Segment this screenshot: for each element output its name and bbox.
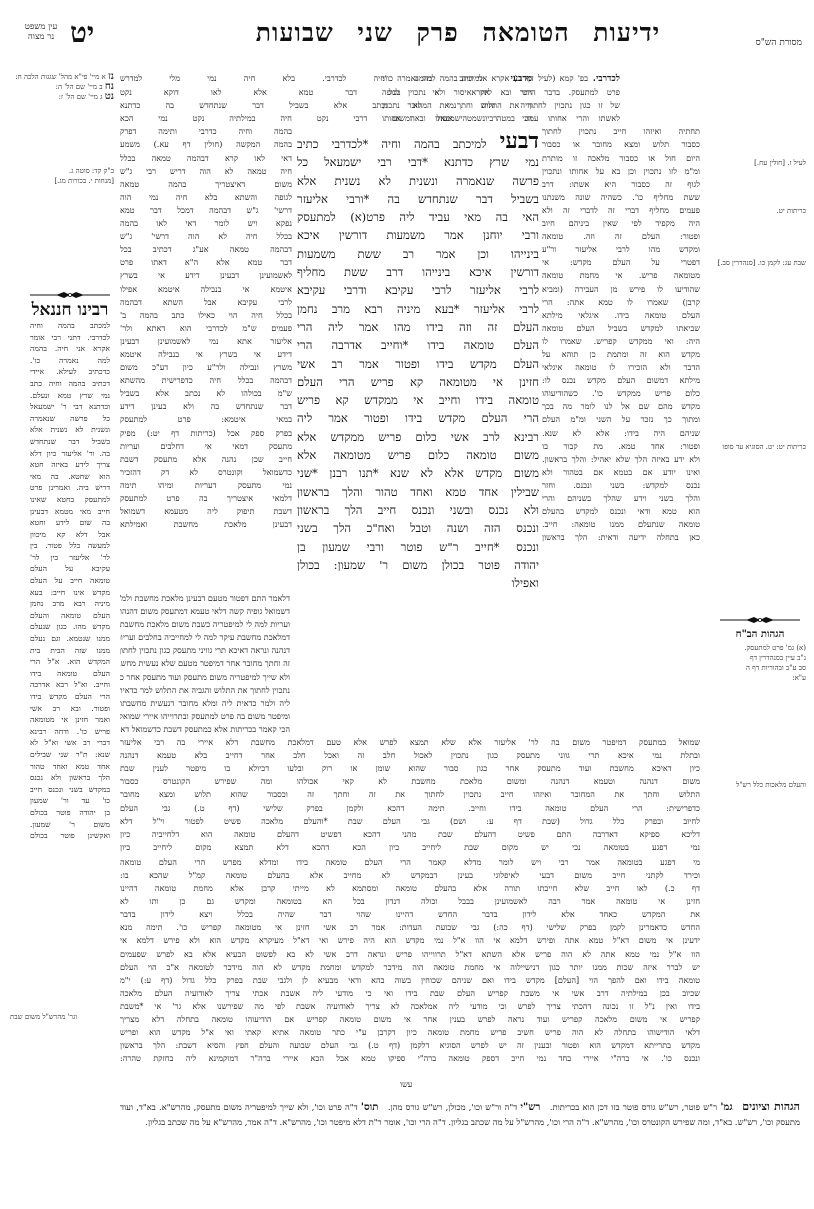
gemara-catchword: ואפילו [297, 574, 539, 592]
rabbenu-chananel-line: ואמר חזינן אי מטומאה [30, 714, 110, 726]
tosafot-line: משום דאיצטריך בהמה טמאה [120, 178, 292, 191]
rabbenu-chananel-line: וחייב. וא"ל רבא אדרבה [30, 679, 110, 691]
rabbenu-chananel-line: למעשה כלל פטור. בין [30, 540, 110, 552]
gemara-line: משום טומאה כלום פריש מטומאה אלא [297, 446, 539, 464]
tosafot-line: משרץ ונבילה ולר"ע כיון דע"כ משום [120, 361, 292, 374]
gemara-opener-word: דבעי [500, 132, 539, 153]
rabbenu-chananel-line: המקדש הוא. א"ל הרי [30, 656, 110, 668]
rabbenu-chananel-line: ואקשינן פוטר בכולם [30, 830, 110, 842]
rashi-line: שביאתו למקדש בשביל העלם טומאה [542, 322, 700, 335]
tosafot-continuation-line: בידו ואין נ"ל זו נכונה דהכתי צריך לפרש ו… [120, 1000, 700, 1013]
tosafot-line: דשבת תיפוק ליה מטעמא דשמואל [120, 505, 292, 518]
rabbenu-chananel-line: מקדש מהו. כגון שנעלם [30, 621, 110, 633]
rabbenu-chananel-line: לר' אליעזר בין לר' [30, 552, 110, 564]
masoret-ref: כריתות יט: יט. הסוגיא עד סופו [714, 442, 806, 452]
hagahot-habach: הגהות הב"ח (א) גמ' פרט למתעסק.נ"ב עיין ב… [714, 615, 806, 683]
rashi-line: מקדש מהם שם אל לנו לומר מה בכך [542, 400, 700, 413]
rashi-line: היה מקפיד לפי שאין ביניהם חיוב [542, 217, 700, 230]
ein-mishpat-entry: נח ב מיי' שם הל' ה: [6, 82, 114, 92]
rabbenu-chananel-line: עקיבא על העלם [30, 563, 110, 575]
masoret-ref: שבת עג: לקמן כו. [סנהדרין סב.] [714, 258, 806, 268]
tosafot-line: דרשי' ג"ש דבהמה דמכל דבר טמא [120, 204, 292, 217]
footer-section-head: גמ' [720, 1102, 732, 1113]
rashi-line: מקדש הוא זה ומתמת כן תוהא על [542, 348, 700, 361]
rashi-line: ופטור: העלם זה וזה. טומאה [542, 230, 700, 243]
rabbenu-chananel: רבינו חננאל למכתב בהמה וחיהלכדרבי. דתני … [30, 290, 110, 842]
rabbenu-chananel-line: אבל דלא קא מיכוון [30, 529, 110, 541]
tosafot-line: בכלל חיה הוי כאילו כתב בהמה ב' [120, 309, 292, 322]
rabbenu-chananel-line: מיניה רבא מרב נחמן [30, 598, 110, 610]
gemara-line: ונכנס הזה ושנה וטבל ואח"כ הלך בשני [297, 519, 539, 537]
gemara-line: העלם טומאה בידו *וחייב אדרבה הרי [297, 336, 539, 354]
masoret-ref-text: שבת עג: לקמן כו. [סנהדרין סב.] [718, 259, 807, 267]
rabbenu-chananel-line: הוא שחטא. בה מאי [30, 471, 110, 483]
lower-tosafot-line: כדפרישית: הרי העלם טומאה בידו וחייב. תימ… [120, 802, 700, 815]
rashi-line: טומאה שנתעלם ממנו טומאה: חייב. [542, 518, 700, 531]
rabbenu-chananel-line: הרי העלם מקדש בידו [30, 691, 110, 703]
rabbenu-chananel-line: דברי רב אשי וא"ל לא [30, 737, 110, 749]
lower-tosafot-line: שמואל במתעסק דמיפטר משום בה לר' אליעזר א… [120, 736, 700, 749]
masoret-ref-text: כריתות יט. [776, 207, 806, 215]
rabbenu-chananel-line: בן יהודה פוטר בכולם [30, 807, 110, 819]
tosafot-line: דידע אי בשרץ אי בנבילה איטמא [120, 348, 292, 361]
rabbenu-chananel-title: רבינו חננאל [30, 300, 110, 320]
rashi-line: הוא טמא ודאי ונכנס למקדש בהעלם [542, 505, 700, 518]
rabbenu-chananel-line: בשביל דבר שנתחדש [30, 436, 110, 448]
rabbenu-chananel-line: נמי שרץ טמא ונעלם. [30, 390, 110, 402]
lower-tosafot-line: משום דנהנה וטעמא דנהנה ומשום מלאכת מחשבת… [120, 775, 700, 788]
lower-tosafot-line: ולא שייך למיפטריה משום מתעסק ועוד מתעסק … [120, 671, 290, 684]
masoret-ref: כריתות יט. [714, 206, 806, 216]
tosafot-line: לגופה והשתא בלא חיה נמי הוה [120, 191, 292, 204]
hagahot-habach-title: הגהות הב"ח [714, 629, 806, 640]
rashi-line: דפטרי על העלם מקדש: אי [542, 256, 700, 269]
ein-mishpat-letter: נט [105, 91, 114, 102]
gemara-line: רבינא לרב אשי כלום פריש ממקדש אלא [297, 428, 539, 446]
ner-mitzvah-label-line: נר מצוה [18, 32, 64, 42]
ein-mishpat-entries: נז א מיי' פי"א מהל' שגגות הלכה ח: נח ב מ… [6, 72, 114, 102]
rabbenu-chananel-line: במקדש בשני ונכנס חייב [30, 784, 110, 796]
footer-section-text: ר"ש פוטר, רש"ש גורס פוטר בזו דכן הוא בכר… [550, 1102, 717, 1112]
rashi-commentary: לכדרבי. בפ' קמא (לעיל דף ז.) אקרא אני חי… [542, 72, 700, 544]
ein-mishpat-text: ג מיי' שם הל' ז: [59, 93, 103, 101]
tosafot-continuation-line: טומאה בידו ואם להפך הוי [העלם] מקדש בידו… [120, 974, 700, 987]
lower-tosafot-line: נמי דפגע בטומאה נכי יש מקום שבת ליחייב כ… [120, 841, 700, 854]
rabbenu-chananel-line: בה. ור' אליעזר כיון דלא [30, 448, 110, 460]
hagahot-habach-line: (א) גמ' פרט למתעסק. [714, 643, 806, 653]
gemara-line: דבעי למיכתב בהמה וחיה *לכדרבי כתיב [297, 132, 539, 153]
tosafot-continuation-line: את המקדש כאחד אלא לידון בדבר החדש דהיינו… [120, 908, 700, 921]
tosafot-line: דבר שנתחדש בה ולא בעינן דידע [120, 400, 292, 413]
lower-tosafot-line: ומיפטר משום בה פרט למתעסק ובתרוייהו אייר… [120, 710, 290, 723]
tosafot-line: מתעסק דמאי אי דחלבים ועריות [120, 440, 292, 453]
rashi-line: כאן בתחלה ידיעה ודאית: הלך בראשון [542, 531, 700, 544]
gemara-line: חזינן אי מטומאה קא פריש הרי העלם [297, 373, 539, 391]
tosafot-continuation-line: הוו א"ל נמי טמא אתה לא הוה פריש אלא השתא… [120, 948, 700, 961]
ein-mishpat-label: עין משפט נר מצוה [18, 22, 64, 42]
rashi-line: ששת מחליף כו'. כשהיה שונה משנתנו [542, 191, 700, 204]
lower-tosafot-line: דשמואל גופיה קשה דלאי טעמא דמתעסק משום ד… [120, 605, 290, 618]
rashi-line: פעמים מחליף דברי זה לדברי זה ולא [542, 204, 700, 217]
lower-tosafot-line: כיון דאיכא מחשבת ועוד מתעסק אחר כגון סבו… [120, 762, 700, 775]
rashi-line: ופטור: אחד טמא. מת קבור בו [542, 440, 700, 453]
gemara-line: דורשין איכא בינייהו דרב ששת מחליף [297, 263, 539, 281]
gemara-line: ולא נכנס ובשני ונכנס חייב הלך בראשון [297, 501, 539, 519]
footer-section-head: תוס' [361, 1102, 378, 1113]
rashi-line: הדבר ולא הזכירו לו טומאה איגלאי [542, 361, 700, 374]
ein-mishpat-text: א מיי' פי"א מהל' שגגות הלכה ח: [15, 73, 105, 81]
rabbenu-chananel-line: ממנו שנטמא. וגם נעלם [30, 633, 110, 645]
tosafot-line: לאשמועינן דבעינן דידע אי בשרץ [120, 269, 292, 282]
rashi-line: ואינו יודע אם בטמא אם בטהור ולא [542, 466, 700, 479]
hagahot-vetziyunim-footer: הגהות וציונים גמ' ר"ש פוטר, רש"ש גורס פו… [120, 1100, 800, 1129]
rabbenu-chananel-line: למתעסק בחטא שאינו [30, 494, 110, 506]
tosafot-continuation-line: חזינן אי טומאה אמר רבה לאשמועינן בבבל וכ… [120, 895, 700, 908]
lower-tosafot-line: התלוש וחתך את המחובר ואיזהו חייב נתכוין … [120, 788, 700, 801]
tosafot-line: חייב שכן נהנה אלא מתעסק דשבת [120, 453, 292, 466]
tosafot-line: לרבי עקיבא אבל השתא דבהמה [120, 296, 292, 309]
ref-line: כ"ק קד: סוטה ג. [6, 166, 114, 176]
tosafot-continuation-line: דלאי הודישוהו בתחלה לא הוה פריש חשיב פרי… [120, 1026, 700, 1039]
gemara-line: ונכנס *חייב ר"ש פוטר ורבי שמעון בן [297, 538, 539, 556]
gemara-line: שבילין אחד טמא ואחד טהור והלך בראשון [297, 483, 539, 501]
ein-mishpat-label-line: עין משפט [18, 22, 64, 32]
ein-mishpat-entry: נט ג מיי' שם הל' ז: [6, 92, 114, 102]
tosafot-line: דבעינן מלאכת מחשבת ואמילתא [120, 518, 292, 531]
rabbenu-chananel-line: שנא: ת"ר שני שבילים [30, 749, 110, 761]
rashi-line: היה: ואי ממקדש קפריש. שאמרו לו [542, 335, 700, 348]
rabbenu-chananel-line: פריש כו'. ודחה רבינא [30, 726, 110, 738]
tosafot-continuation-line: קפריש אי משום מלאכה קפריש ועוד נראה לפרש… [120, 1013, 700, 1026]
rashi-line: מילתא דמשום העלם מקדש נכנס לו: [542, 374, 700, 387]
tosafot-continuation-line: מי דפגע בטומאה אמר רבי ויש לומר מדלא קאמ… [120, 856, 700, 869]
tosafot-line: במאי איטמא: פרט למתעסק [120, 413, 292, 426]
rashi-line: מטומאה פריש. אי מחמת טומאה [542, 269, 700, 282]
masoret-ref-text: כריתות יט: יט. הסוגיא עד סופו [722, 443, 806, 451]
tosafot-continuation-line: החדש כדאמרינן לקמן בפרק שלישי (דף כה:) ג… [120, 921, 700, 934]
rashi-line: פרט למתעסק. בדבר היתר ובא לידו איסור ולא… [382, 86, 620, 99]
lower-tosafot-line: ליה ולמר כדאית ליה ומלא מחובר דנעשית מחש… [120, 697, 290, 710]
tosafot-continuation: מי דפגע בטומאה אמר רבי ויש לומר מדלא קאמ… [120, 856, 700, 1066]
tosafot-line: דאי לאו קרא דבהמה טמאה בכלל [120, 152, 292, 165]
rabbenu-chananel-line: חייב מאי מטמא דבעינן [30, 506, 110, 518]
rabbenu-chananel-line: הלך בראשון ולא נכנס [30, 772, 110, 784]
tosafot-continuation-line: וכירד לקתני חייב משום דבעי לאיפלוגי בעינ… [120, 869, 700, 882]
rashi-line: לאשתו והרי אחותו עמה במטה ונשמטה אשתו וב… [382, 112, 620, 125]
rabbenu-chananel-line: דכתיב בהמה וחיה כתב [30, 378, 110, 390]
tosafot-commentary: מדבעי למיכתב בהמה וחיה לכדרבי. בלא חיה נ… [120, 72, 292, 531]
tosafot-continuation-line: ידעינן אי משום דא"ל טמא אתה ופירש דלמא א… [120, 934, 700, 947]
tosafot-line: דבהמה בכלל חיה כדפרישית מהשתא [120, 374, 292, 387]
margin-note-maharshal: וגר' מהרש"ל משום שבת [10, 1012, 106, 1022]
ein-mishpat-text: ב מיי' שם הל' ה: [56, 83, 103, 91]
tosafot-line: פעמים ש"מ לכדרבי הוא דאתא ולר' [120, 322, 292, 335]
ref-line: [מנחות י. בכורות מג.] [6, 176, 114, 186]
lower-tosafot-line: דנהנה ונראה דאיכא תרי גוויני מתעסק כגון … [120, 644, 290, 657]
gemara-text: דבעי למיכתב בהמה וחיה *לכדרבי כתיבנמי שר… [297, 132, 539, 592]
rashi-line: שניהם היה בידו: אלא לא שנא. [542, 427, 700, 440]
rabbenu-chananel-line: טומאה חייב על העלם [30, 575, 110, 587]
rabbenu-chananel-line: וכדתנא דבי ר' ישמעאל [30, 401, 110, 413]
lower-tosafot-line: הכי קאמר בכריתות אלא כמתעסק דשבת כדשמואל… [120, 723, 290, 736]
gemara-line: בינייהו וכן אמר רב ששת משמעות [297, 245, 539, 263]
hagahot-habach-line: סב ע"ב ובהוריות דף ה [714, 663, 806, 673]
lower-tosafot-line: דלאמר התם דפטור מטעם דבעינן מלאכת מחשבת … [120, 592, 290, 605]
gemara-line: ורבי יוחנן אמר משמעות דורשין איכא [297, 226, 539, 244]
gemara-line: הרי העלם מקדש בידו ופטור אמר ליה [297, 409, 539, 427]
gemara-line: האי בה מאי עביד ליה פרט(א) למתעסק [297, 208, 539, 226]
hagahot-habach-line: ע"א: [714, 673, 806, 683]
tosafot-line: נפקא ויש לומר דאי לאו בהמה [120, 217, 292, 230]
masoret-hashas-label: מסורת הש"ס [756, 37, 802, 48]
lower-tosafot-line: זה וחתך מחובר אחר דמיפטר מטעם שלא נעשית … [120, 657, 290, 670]
rashi-line: היום חול או כסבור מלאכה זו מותרת [542, 152, 700, 165]
gemara-line: יהודה פוטר בכולן משום ר' שמעון: בכולן [297, 556, 539, 574]
tosafot-line: בפרק ספק אכל (כריתות דף יט:) מפיק [120, 427, 292, 440]
masoret-ref: לעיל ז. [חולין עח.] [714, 158, 806, 168]
rabbenu-chananel-line: אחד טמא ואחד טהור [30, 761, 110, 773]
lower-tosafot-line: נתכוין לחתוך את התלוש והגביה את התלוש למ… [120, 684, 290, 697]
page-title: ידיעות הטומאה פרק שני שבועות [248, 18, 668, 48]
rashi-line: ולא ידע באיזה הלך שלא יאהיל: והלך בראשון… [542, 453, 700, 466]
rashi-line: כלום פריש ממקדש כו'. כשהודיעוהו [542, 387, 700, 400]
rabbenu-chananel-line: מקדש אינו חייב: בעא [30, 587, 110, 599]
rashi-line: תחתיה ואיזהו חייב נתכוין לחתוך [542, 125, 700, 138]
rabbenu-chananel-line: העלם טומאה בידו [30, 668, 110, 680]
masoret-ref-left: כ"ק קד: סוטה ג. [מנחות י. בכורות מג.] [6, 166, 114, 186]
rabbenu-chananel-line: העלם טומאה והעלם [30, 610, 110, 622]
ornament-divider [30, 290, 110, 300]
hagahot-habach-line: נ"ב עיין בסנהדרין דף [714, 653, 806, 663]
gemara-line: נמי שרץ כדתנא *דבי רבי ישמעאל כל [297, 153, 539, 171]
lower-tosafot-line: דמלאכת מחשבת עיקר למה לי למחייביה בחלבים… [120, 631, 290, 644]
rabbenu-chananel-line: דריש ביה. ואמרינן פרט [30, 482, 110, 494]
gemara-line: העלם מקדש בידו ופטור אמר רב אשי [297, 355, 539, 373]
ornament-divider [714, 615, 806, 625]
rashi-line: והלך בשני וידע שהלך בשניהם והרי [542, 492, 700, 505]
rabbenu-chananel-line: ופטור. ובא רב אשי [30, 703, 110, 715]
lower-commentary: דלאמר התם דפטור מטעם דבעינן מלאכת מחשבת … [120, 592, 700, 854]
gemara-line: טומאה בידו וחייב אי ממקדש קא פריש [297, 391, 539, 409]
lower-tosafot-line: ועריות למה לי למיפטריה כשבת משום מלאכת מ… [120, 618, 290, 631]
footer-section-text: ד"ה ור"ש וכו', מכולן, רש"ש גורס מהן. [388, 1102, 517, 1112]
lower-tosafot-line: לחיוב ובפרק כלל גדול (שבת דף ע: ושם) גבי… [120, 815, 700, 828]
gemara-line: בשביל דבר שנתחדש בה *ורבי אליעזר [297, 190, 539, 208]
footer-section-head: רש"י [520, 1102, 540, 1113]
rabbenu-chananel-line: משום ר' שמעון. [30, 819, 110, 831]
tosafot-line: בהמה המקשה (חולין דף עא.) משמע [120, 138, 292, 151]
rabbenu-chananel-line: כל פרשה שנאמרה [30, 413, 110, 425]
rashi-line: לכדרבי. בפ' קמא (לעיל דף ז.) אקרא אני חי… [382, 72, 620, 86]
rashi-line: שהודיעו לו פירש מן העבירה (ומביא [542, 283, 700, 296]
tosafot-line: בכלל חיה לא הוה דרשי' ג"ש [120, 230, 292, 243]
rabbenu-chananel-line: צריך לידע באיזה חטא [30, 459, 110, 471]
rashi-line: קרבן) שאמרו לו טמא אתה: הרי [542, 296, 700, 309]
tosafot-line: אליעזר אתא נמי לאשמועינן דבעינן [120, 335, 292, 348]
rashi-line: ומתוך כך נזכר על השני ומ"מ העלם [542, 413, 700, 426]
gemara-line: לרבי אליעזר לרבי עקיבא ודרבי עקיבא [297, 281, 539, 299]
rashi-line: ומ"מ לזו נתכוין וכן בא על אחותו ונתכוין [542, 165, 700, 178]
daf-number: יט [70, 16, 94, 50]
rabbenu-chananel-line: כדכתיב לעילא. איידי [30, 366, 110, 378]
rashi-line: כסבור תלוש ומצא מחובר או כסבור [542, 138, 700, 151]
hagahot-habach-body: (א) גמ' פרט למתעסק.נ"ב עיין בסנהדרין דףס… [714, 643, 806, 683]
gemara-line: פרשה שנאמרה ונשנית לא נשנית אלא [297, 172, 539, 190]
masoret-ref: והעלם מלאכות כלל רש"ל [714, 780, 806, 790]
lower-tosafot-line: ובתלת נמי איכא תרי גווני מתעסק כגון נתכו… [120, 749, 700, 762]
tosafot-line: דלמאי איצטריך בה פרט למתעסק [120, 492, 292, 505]
rashi-line: לגוף זה כסבור היא אשתו: דרב [542, 178, 700, 191]
tosafot-line: בהמה וחיה כדרבי ותימה דפרק [120, 125, 292, 138]
lower-tosafot-line: דליכא ספיקא דאדרבה התם פשיט דהעלם שבת מה… [120, 828, 700, 841]
tosafot-continuation-line: מקדש בתרייתא דמקדש הוא ופטור ובענין זה י… [120, 1039, 700, 1052]
tosafot-line: דבר טמא אלא ה"א דאתו פרט [120, 256, 292, 269]
rabbenu-chananel-line: כו' עד ור' שמעון [30, 795, 110, 807]
tosafot-continuation-line: יש לברר איזה שכות ממנו יותר כגון דנישייל… [120, 961, 700, 974]
ein-mishpat-entry: נז א מיי' פי"א מהל' שגגות הלכה ח: [6, 72, 114, 82]
gemara-line: לרבי אליעזר *בעא מיניה רבא מרב נחמן [297, 300, 539, 318]
rabbenu-chananel-line: ממנו שזה הבית בית [30, 645, 110, 657]
rashi-line: העלם טומאה בידו. איגלאי מילתא [542, 309, 700, 322]
tosafot-line: איטמא אי בנבילה איטמא אפילו [120, 283, 292, 296]
rashi-line: נכנס למקדש: בשני ונכנס. וחזר [542, 479, 700, 492]
trailing-catchword: עשו [400, 1078, 412, 1091]
tosafot-continuation-line: ונכנס כו'. אי ברה"י איירי בחד נמי חייב ד… [120, 1052, 700, 1065]
gemara-line: העלם זה וזה בידו מהו אמר ליה הרי [297, 318, 539, 336]
tosafot-continuation-line: דף כ.) לאו חייב שלא חייבתו תורה אלא בהעל… [120, 882, 700, 895]
footer-label: הגהות וציונים [742, 1100, 800, 1113]
gemara-line: משום מקדש אלא לא שנא *תנו רבנן *שני [297, 464, 539, 482]
masoret-ref-text: לעיל ז. [חולין עח.] [754, 159, 806, 167]
tosafot-line: דבהמה טמאה אע"ג דכתיב בכל [120, 243, 292, 256]
tosafot-line: נמי מתעסק דעריות ומיהו תימה [120, 479, 292, 492]
rabbenu-chananel-line: למכתב בהמה וחיה [30, 320, 110, 332]
masoret-ref-text: והעלם מלאכות כלל רש"ל [736, 781, 806, 789]
rabbenu-chananel-body: למכתב בהמה וחיהלכדרבי. דתני רבי אומראקרא… [30, 320, 110, 842]
rabbenu-chananel-line: בה שום לידע וחטא [30, 517, 110, 529]
tosafot-continuation-line: שכיוב בכן במילתיה דרב אשי אי משבת קפריש … [120, 987, 700, 1000]
rashi-line: ומקדש מהו לרבי אליעזר ור"ע [542, 243, 700, 256]
rabbenu-chananel-line: לכדרבי. דתני רבי אומר [30, 332, 110, 344]
tosafot-line: ש"מ בכולהו לא נכתב אלא בשביל [120, 387, 292, 400]
rabbenu-chananel-line: ונשנית לא נשנית אלא [30, 424, 110, 436]
tosafot-line: כדשמואל וקונטרס לא דק דהזכיר [120, 466, 292, 479]
rabbenu-chananel-line: אקרא אני חיה. בהמה [30, 343, 110, 355]
rabbenu-chananel-line: למה נאמרה כו'. [30, 355, 110, 367]
rashi-line: של זו כגון נתכוין לחתוך את התלוש וחתך את… [382, 99, 620, 112]
tosafot-line: חיה טמאה לא הוה דריש רבי ג"ש [120, 165, 292, 178]
